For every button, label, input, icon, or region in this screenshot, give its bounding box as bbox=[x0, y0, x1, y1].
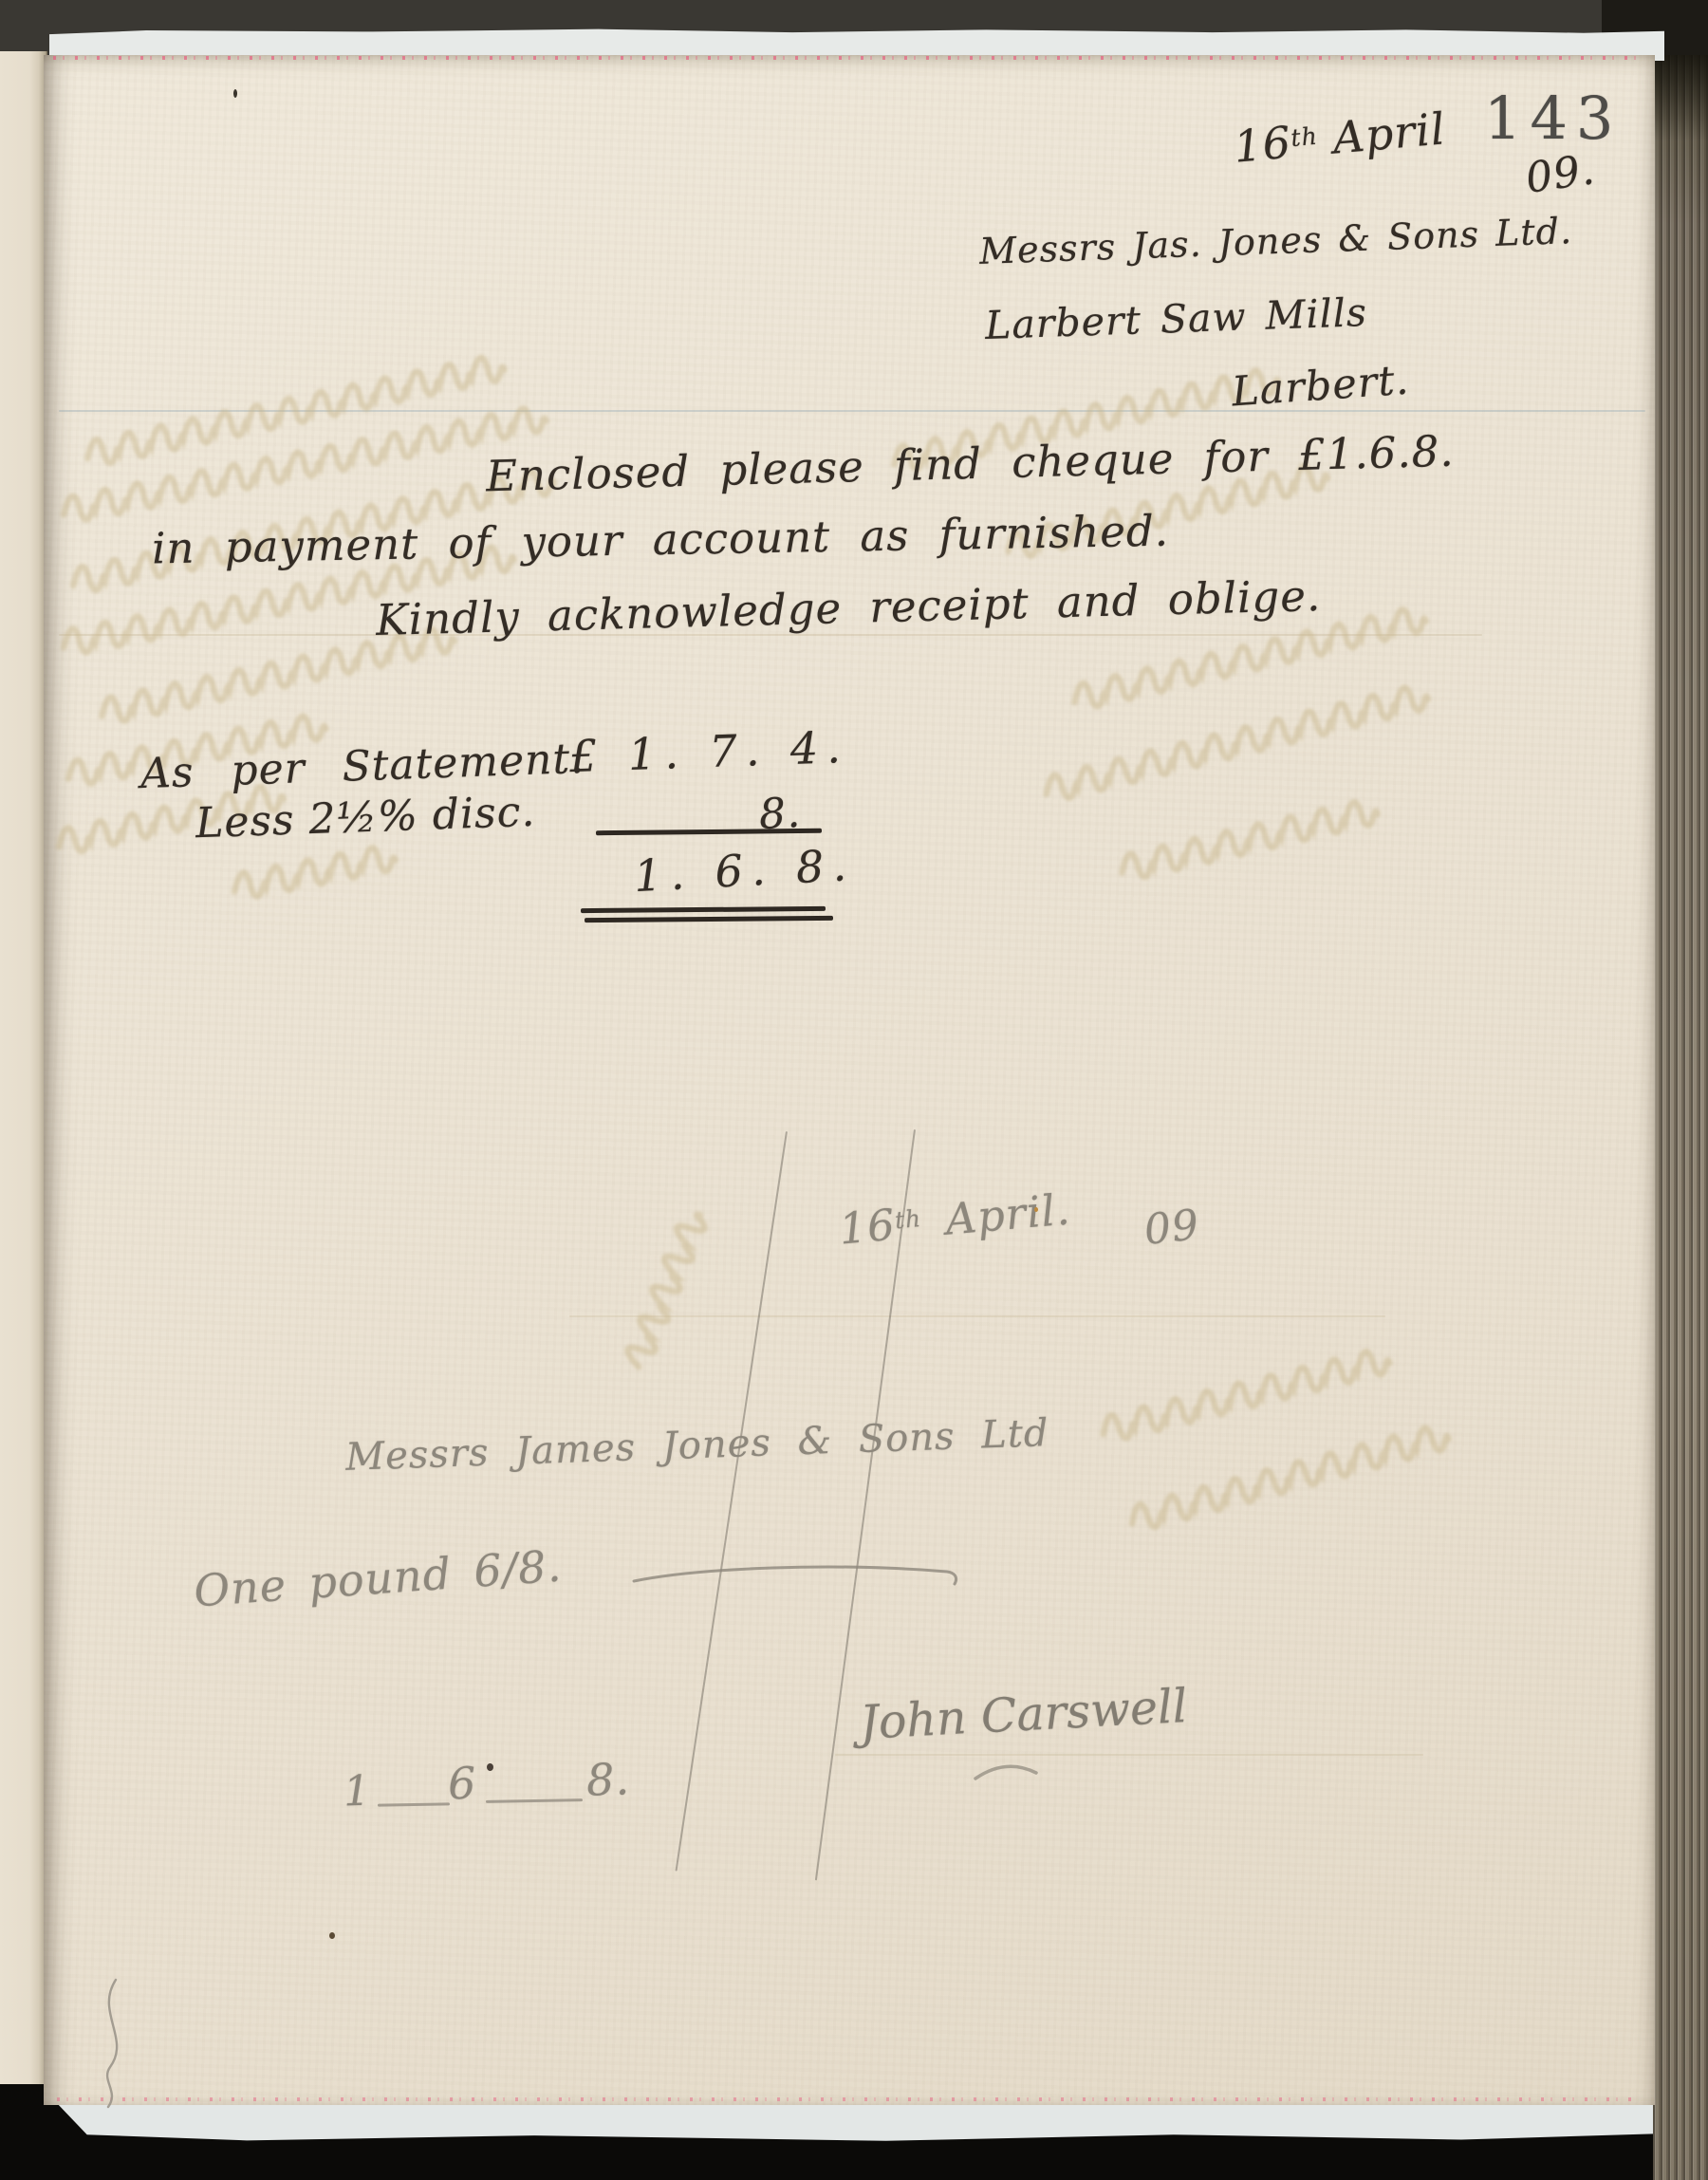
ghost-writing bbox=[1071, 655, 1443, 719]
ghost-writing bbox=[1119, 829, 1405, 890]
letter-date-year: 09. bbox=[1523, 145, 1598, 203]
letter-date-day: 16 bbox=[1232, 117, 1293, 173]
pencil-dash bbox=[634, 1564, 966, 1596]
pencil-flourish bbox=[975, 1763, 1042, 1786]
ghost-writing bbox=[99, 675, 470, 734]
pencil-date-year: 09 bbox=[1142, 1201, 1201, 1255]
page-number: 143 bbox=[1484, 84, 1622, 153]
letter-date-month: April bbox=[1330, 102, 1447, 163]
show-through-layer bbox=[0, 0, 1708, 2180]
ghost-writing bbox=[614, 1192, 753, 1377]
paper-thread bbox=[91, 1980, 148, 2113]
pencil-figure: 1 bbox=[343, 1767, 372, 1817]
ink-speck bbox=[1034, 1207, 1038, 1212]
pencil-date-day: 16 bbox=[837, 1200, 898, 1255]
faint-rule bbox=[569, 1315, 1385, 1317]
pencil-figure: 8. bbox=[585, 1753, 631, 1806]
pencil-figure: 6 bbox=[447, 1757, 477, 1809]
statement-row-amount: £ 1. 7. 4. bbox=[568, 721, 850, 782]
pencil-date-suffix: th bbox=[894, 1204, 922, 1234]
ink-speck bbox=[329, 1932, 335, 1939]
ghost-writing bbox=[1128, 1465, 1473, 1540]
ink-speck bbox=[233, 89, 237, 98]
ghost-writing bbox=[1100, 1385, 1416, 1452]
letter-date-suffix: th bbox=[1290, 122, 1319, 152]
ghost-writing bbox=[1043, 737, 1453, 811]
faint-rule bbox=[835, 1754, 1423, 1756]
ghost-writing bbox=[232, 861, 395, 909]
ink-speck bbox=[487, 1763, 493, 1771]
letterbook-scan: 143 16th April 09. Messrs Jas. Jones & S… bbox=[0, 0, 1708, 2180]
